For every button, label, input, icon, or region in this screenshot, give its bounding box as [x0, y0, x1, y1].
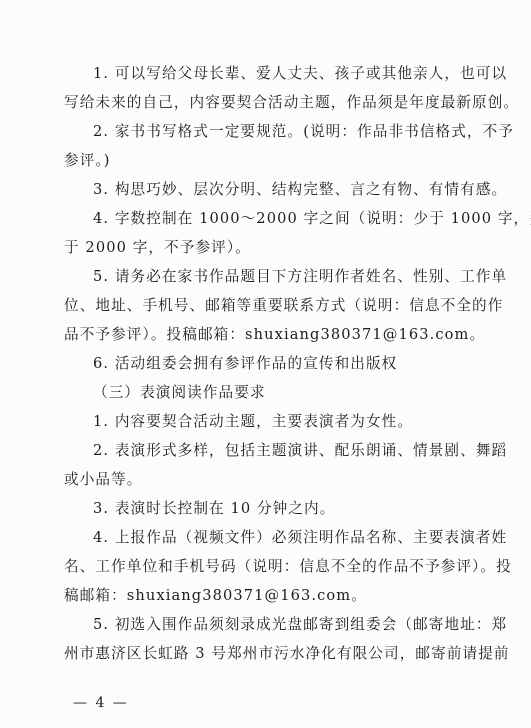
text-line: 5. 请务必在家书作品题目下方注明作者姓名、性别、工作单: [93, 267, 507, 287]
page-number: — 4 —: [73, 693, 129, 713]
section-heading: （三）表演阅读作品要求: [93, 383, 266, 403]
text-line: 2. 家书书写格式一定要规范。(说明：作品非书信格式，不予: [93, 122, 514, 142]
text-line: 品不予参评）。投稿邮箱：shuxiang380371@163.com。: [64, 325, 485, 345]
text-line: 3. 构思巧妙、层次分明、结构完整、言之有物、有情有感。: [93, 180, 507, 200]
text-line: 4. 字数控制在 1000～2000 字之间（说明：少于 1000 字，多: [93, 209, 531, 229]
text-line: 5. 初选入围作品须刻录成光盘邮寄到组委会（邮寄地址：郑: [93, 615, 507, 635]
text-line: 1. 可以写给父母长辈、爱人丈夫、孩子或其他亲人，也可以: [93, 64, 507, 84]
text-line: 于 2000 字，不予参评）。: [64, 238, 251, 258]
text-line: 或小品等。: [64, 470, 142, 490]
text-line: 1. 内容要契合活动主题，主要表演者为女性。: [93, 412, 413, 432]
text-line: 6. 活动组委会拥有参评作品的宣传和出版权: [93, 354, 397, 374]
text-line: 位、地址、手机号、邮箱等重要联系方式（说明：信息不全的作: [64, 296, 503, 316]
text-line: 写给未来的自己，内容要契合活动主题，作品须是年度最新原创。: [64, 93, 519, 113]
text-line: 参评。): [64, 151, 111, 171]
text-line: 稿邮箱：shuxiang380371@163.com。: [64, 586, 367, 606]
text-line: 4. 上报作品（视频文件）必须注明作品名称、主要表演者姓: [93, 528, 507, 548]
text-line: 3. 表演时长控制在 10 分钟之内。: [93, 499, 335, 519]
document-page: 1. 可以写给父母长辈、爱人丈夫、孩子或其他亲人，也可以 写给未来的自己，内容要…: [0, 0, 531, 728]
text-line: 州市惠济区长虹路 3 号郑州市污水净化有限公司，邮寄前请提前: [64, 644, 510, 664]
text-line: 名、工作单位和手机号码（说明：信息不全的作品不予参评）。投: [64, 557, 512, 577]
text-line: 2. 表演形式多样，包括主题演讲、配乐朗诵、情景剧、舞蹈: [93, 441, 507, 461]
